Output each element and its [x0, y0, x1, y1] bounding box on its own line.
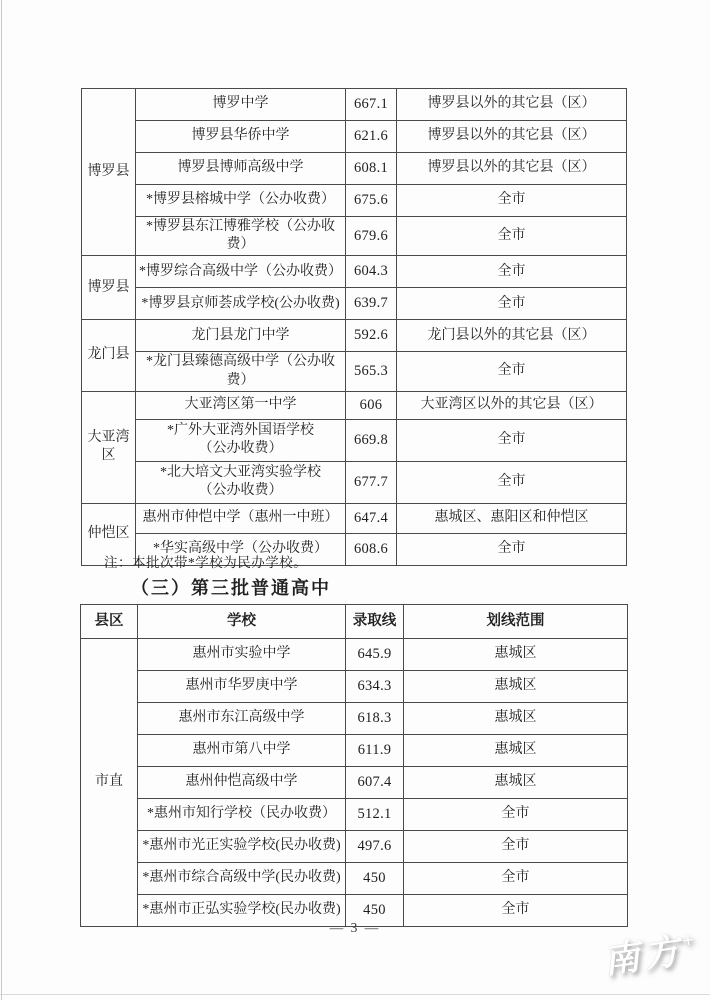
- score-cell: 606: [346, 391, 397, 419]
- column-header-score: 录取线: [346, 605, 404, 639]
- range-cell: 全市: [397, 217, 627, 256]
- school-cell: 惠州市华罗庚中学: [138, 671, 346, 703]
- school-cell: 大亚湾区第一中学: [136, 391, 346, 419]
- range-cell: 全市: [397, 352, 627, 391]
- range-cell: 全市: [397, 288, 627, 320]
- school-cell: *北大培文大亚湾实验学校 （公办收费）: [136, 461, 346, 503]
- score-cell: 512.1: [346, 799, 404, 831]
- score-cell: 608.1: [346, 153, 397, 185]
- table-row: *博罗县榕城中学（公办收费） 675.6 全市: [82, 185, 627, 217]
- table-row: 博罗县 博罗中学 667.1 博罗县以外的其它县（区）: [82, 89, 627, 121]
- score-cell: 611.9: [346, 735, 404, 767]
- school-cell: 博罗县华侨中学: [136, 121, 346, 153]
- range-cell: 博罗县以外的其它县（区）: [397, 89, 627, 121]
- table-row: 大亚湾区 大亚湾区第一中学 606 大亚湾区以外的其它县（区）: [82, 391, 627, 419]
- region-cell: 大亚湾区: [82, 391, 136, 503]
- score-cell: 639.7: [346, 288, 397, 320]
- scan-edge-line-bottom: [0, 994, 710, 995]
- school-cell: 惠州市仲恺中学（惠州一中班）: [136, 503, 346, 533]
- table-row: *博罗县京师荟成学校(公办收费) 639.7 全市: [82, 288, 627, 320]
- school-cell: 博罗中学: [136, 89, 346, 121]
- batch3-admission-table: 县区 学校 录取线 划线范围 市直 惠州市实验中学 645.9 惠城区 惠州市华…: [80, 604, 628, 927]
- table-row: *广外大亚湾外国语学校 （公办收费） 669.8 全市: [82, 419, 627, 461]
- range-cell: 全市: [397, 461, 627, 503]
- score-cell: 669.8: [346, 419, 397, 461]
- range-cell: 大亚湾区以外的其它县（区）: [397, 391, 627, 419]
- school-cell: 惠州市第八中学: [138, 735, 346, 767]
- range-cell: 全市: [397, 185, 627, 217]
- range-cell: 全市: [404, 831, 628, 863]
- table-row: 惠州市第八中学 611.9 惠城区: [81, 735, 628, 767]
- score-cell: 565.3: [346, 352, 397, 391]
- range-cell: 惠城区: [404, 671, 628, 703]
- table-row: 博罗县华侨中学 621.6 博罗县以外的其它县（区）: [82, 121, 627, 153]
- region-cell: 博罗县: [82, 89, 136, 256]
- score-cell: 450: [346, 863, 404, 895]
- score-cell: 604.3: [346, 256, 397, 288]
- score-cell: 607.4: [346, 767, 404, 799]
- school-cell: 惠州仲恺高级中学: [138, 767, 346, 799]
- watermark-text: 南方: [601, 930, 686, 981]
- range-cell: 全市: [397, 419, 627, 461]
- region-cell: 龙门县: [82, 320, 136, 391]
- school-cell: *龙门县臻德高级中学（公办收费）: [136, 352, 346, 391]
- range-cell: 惠城区: [404, 735, 628, 767]
- section-heading: （三）第三批普通高中: [131, 574, 331, 600]
- table-row: 市直 惠州市实验中学 645.9 惠城区: [81, 639, 628, 671]
- range-cell: 惠城区、惠阳区和仲恺区: [397, 503, 627, 533]
- score-cell: 621.6: [346, 121, 397, 153]
- school-cell: *博罗县东江博雅学校（公办收费）: [136, 217, 346, 256]
- table-row: 惠州仲恺高级中学 607.4 惠城区: [81, 767, 628, 799]
- region-cell: 博罗县: [82, 256, 136, 320]
- school-cell: *惠州市知行学校（民办收费）: [138, 799, 346, 831]
- table-row: *龙门县臻德高级中学（公办收费） 565.3 全市: [82, 352, 627, 391]
- school-cell: *博罗综合高级中学（公办收费）: [136, 256, 346, 288]
- range-cell: 惠城区: [404, 639, 628, 671]
- school-cell: *博罗县榕城中学（公办收费）: [136, 185, 346, 217]
- table-row: 惠州市华罗庚中学 634.3 惠城区: [81, 671, 628, 703]
- table-row: *惠州市知行学校（民办收费） 512.1 全市: [81, 799, 628, 831]
- score-cell: 647.4: [346, 503, 397, 533]
- score-cell: 497.6: [346, 831, 404, 863]
- school-cell: *惠州市综合高级中学(民办收费): [138, 863, 346, 895]
- scan-edge-line-left: [1, 0, 2, 1000]
- score-cell: 675.6: [346, 185, 397, 217]
- school-cell: 博罗县博师高级中学: [136, 153, 346, 185]
- range-cell: 博罗县以外的其它县（区）: [397, 121, 627, 153]
- score-cell: 608.6: [346, 533, 397, 565]
- region-cell: 市直: [81, 639, 138, 927]
- table-row: 龙门县 龙门县龙门中学 592.6 龙门县以外的其它县（区）: [82, 320, 627, 352]
- table-row: 博罗县博师高级中学 608.1 博罗县以外的其它县（区）: [82, 153, 627, 185]
- table-header-row: 县区 学校 录取线 划线范围: [81, 605, 628, 639]
- score-cell: 618.3: [346, 703, 404, 735]
- column-header-region: 县区: [81, 605, 138, 639]
- range-cell: 全市: [404, 799, 628, 831]
- table-row: *惠州市综合高级中学(民办收费) 450 全市: [81, 863, 628, 895]
- score-cell: 645.9: [346, 639, 404, 671]
- school-cell: 龙门县龙门中学: [136, 320, 346, 352]
- table-row: 仲恺区 惠州市仲恺中学（惠州一中班） 647.4 惠城区、惠阳区和仲恺区: [82, 503, 627, 533]
- range-cell: 惠城区: [404, 703, 628, 735]
- column-header-school: 学校: [138, 605, 346, 639]
- table-row: 博罗县 *博罗综合高级中学（公办收费） 604.3 全市: [82, 256, 627, 288]
- table-row: *惠州市光正实验学校(民办收费) 497.6 全市: [81, 831, 628, 863]
- table-row: *博罗县东江博雅学校（公办收费） 679.6 全市: [82, 217, 627, 256]
- range-cell: 全市: [404, 863, 628, 895]
- score-cell: 592.6: [346, 320, 397, 352]
- batch2-admission-table: 博罗县 博罗中学 667.1 博罗县以外的其它县（区） 博罗县华侨中学 621.…: [81, 88, 627, 566]
- school-cell: *博罗县京师荟成学校(公办收费): [136, 288, 346, 320]
- school-cell: 惠州市实验中学: [138, 639, 346, 671]
- score-cell: 667.1: [346, 89, 397, 121]
- range-cell: 惠城区: [404, 767, 628, 799]
- footnote: 注：本批次带*学校为民办学校。: [104, 551, 307, 571]
- score-cell: 634.3: [346, 671, 404, 703]
- range-cell: 龙门县以外的其它县（区）: [397, 320, 627, 352]
- range-cell: 全市: [397, 256, 627, 288]
- table-row: 惠州市东江高级中学 618.3 惠城区: [81, 703, 628, 735]
- school-cell: *广外大亚湾外国语学校 （公办收费）: [136, 419, 346, 461]
- column-header-range: 划线范围: [404, 605, 628, 639]
- score-cell: 679.6: [346, 217, 397, 256]
- range-cell: 全市: [397, 533, 627, 565]
- range-cell: 博罗县以外的其它县（区）: [397, 153, 627, 185]
- table-row: *北大培文大亚湾实验学校 （公办收费） 677.7 全市: [82, 461, 627, 503]
- school-cell: *惠州市光正实验学校(民办收费): [138, 831, 346, 863]
- score-cell: 677.7: [346, 461, 397, 503]
- school-cell: 惠州市东江高级中学: [138, 703, 346, 735]
